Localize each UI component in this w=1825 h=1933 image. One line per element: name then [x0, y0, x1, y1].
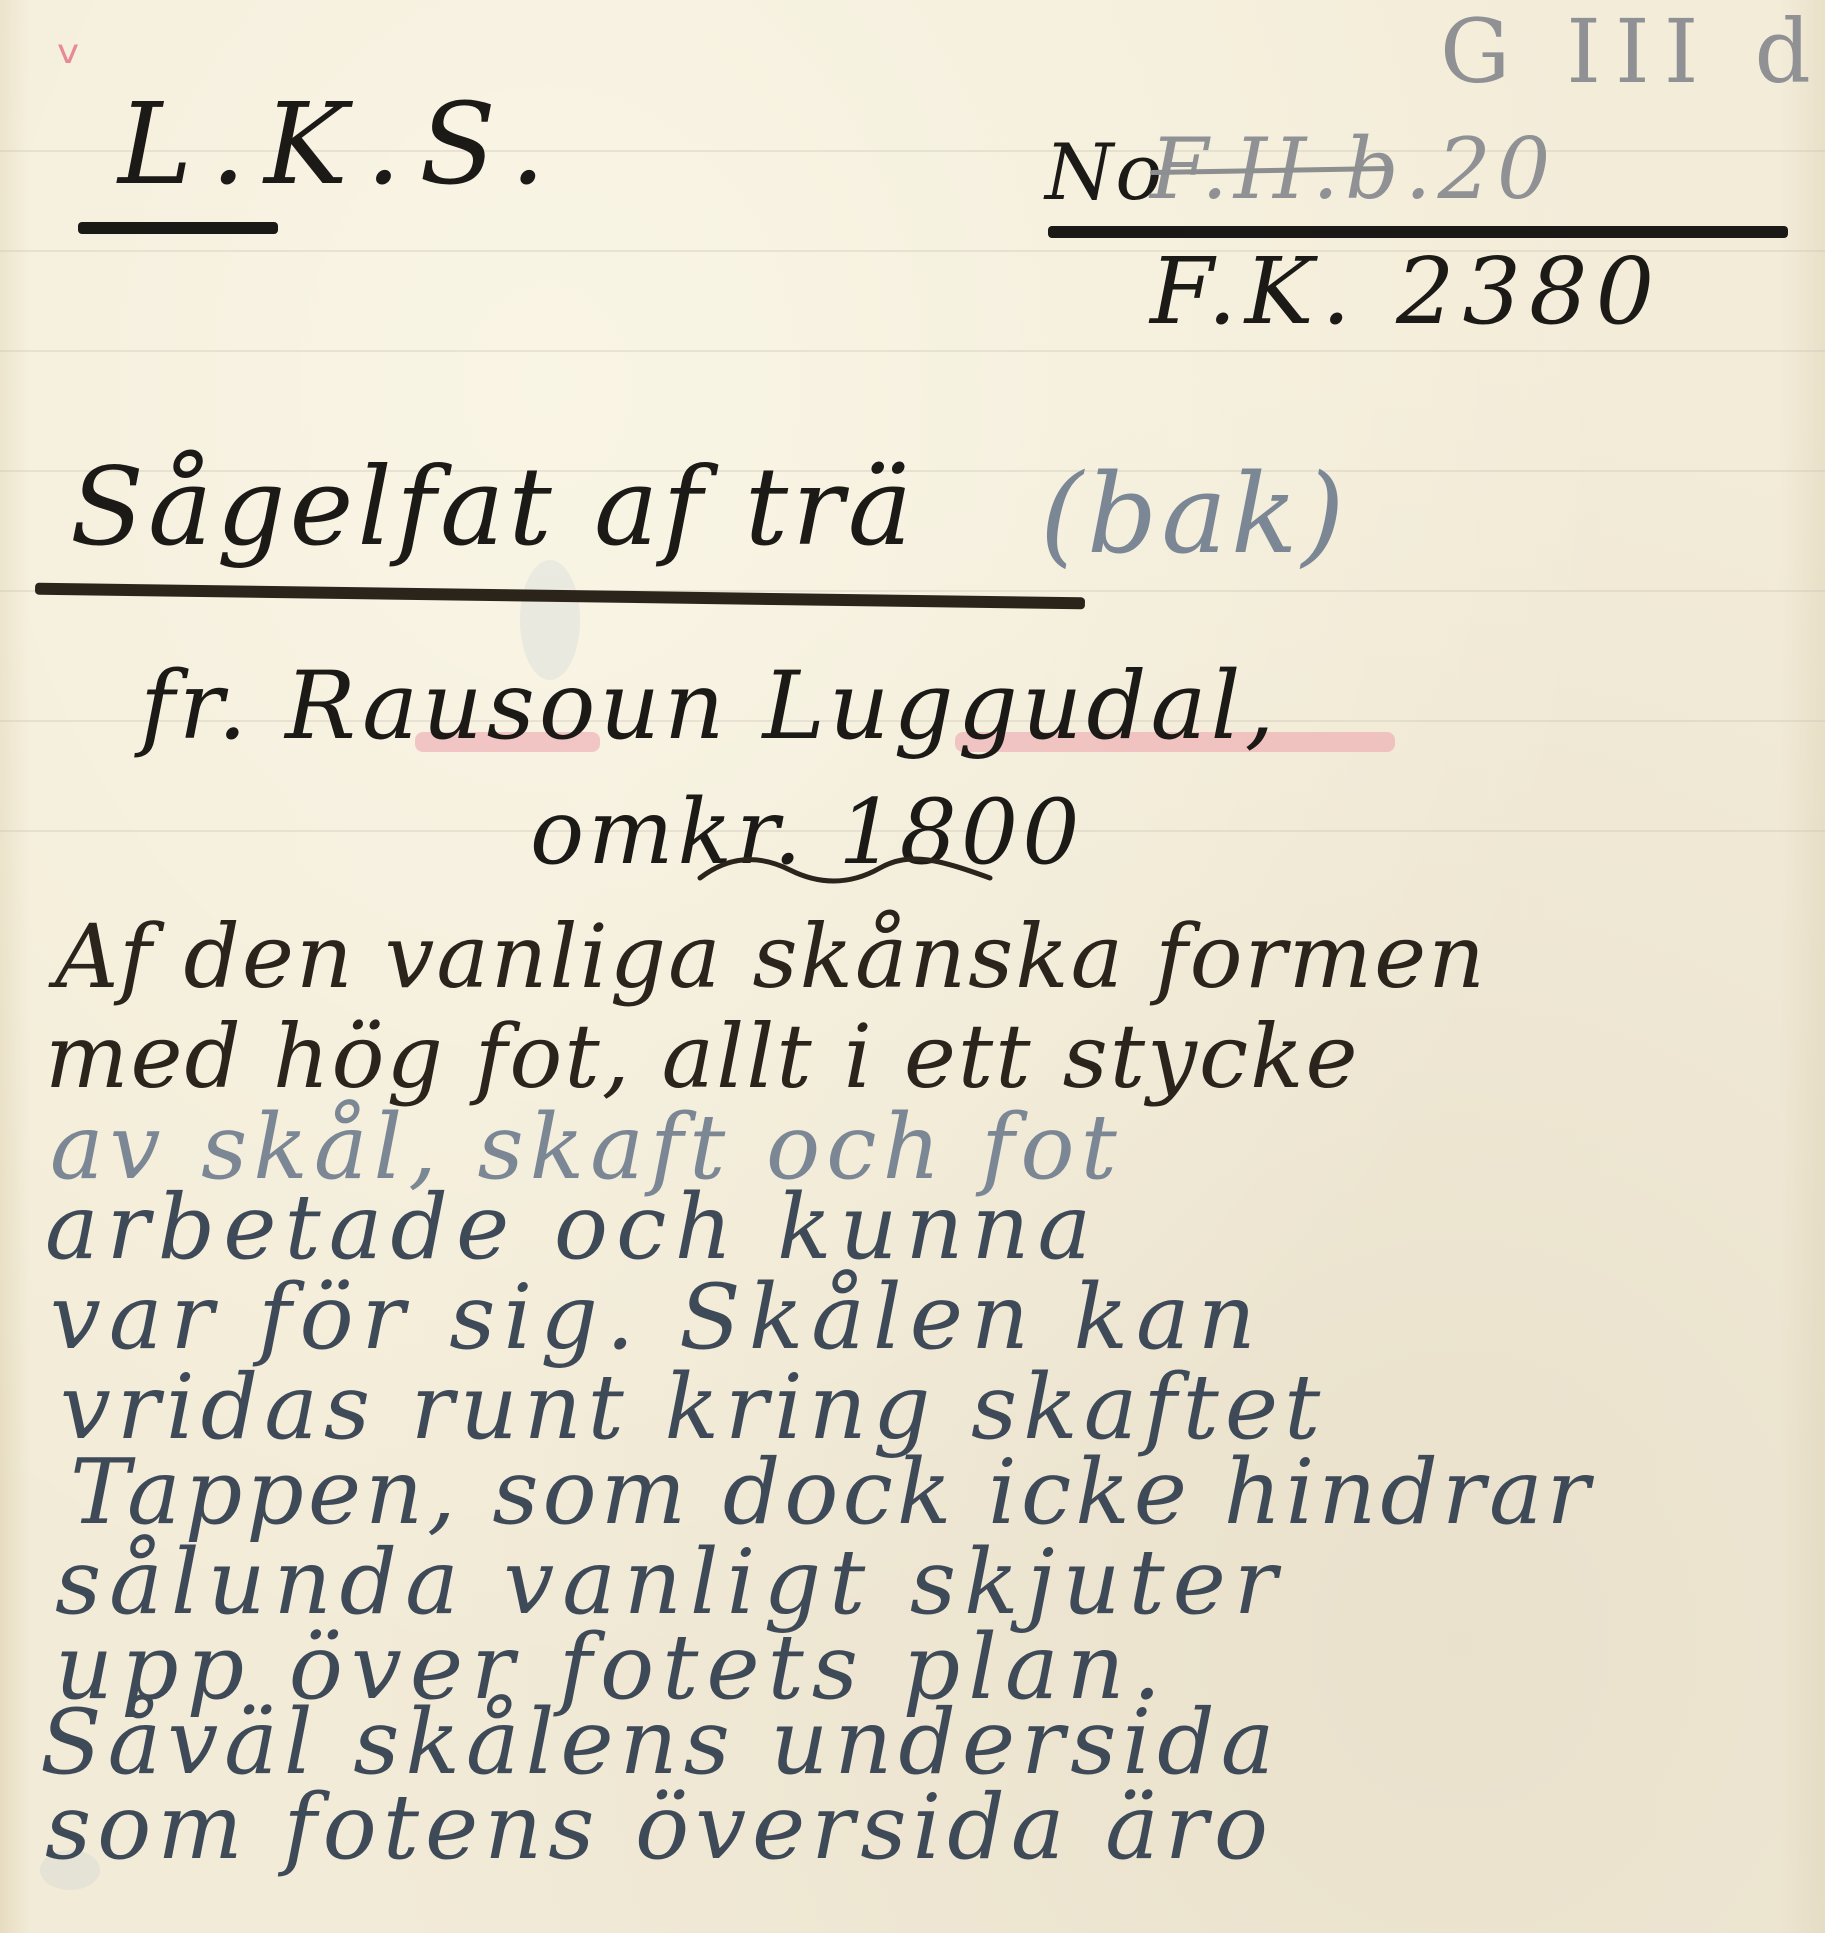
pencil-addition: (bak) — [1040, 450, 1348, 578]
catalogue-number: F.K. 2380 — [1150, 238, 1662, 345]
number-prefix: No — [1045, 128, 1164, 218]
body-line-1: Af den vanliga skånska formen — [55, 905, 1487, 1008]
pencil-classification: G III d. — [1440, 0, 1825, 103]
body-line-11: som fotens översida äro — [45, 1775, 1274, 1880]
initials-underline — [78, 222, 278, 234]
body-line-2: med hög fot, allt i ett stycke — [45, 1005, 1360, 1108]
number-rule — [1048, 226, 1788, 238]
collection-initials: L.K.S. — [118, 80, 564, 210]
object-title: Sågelfat af trä — [70, 445, 916, 570]
document-page: v L.K.S. G III d. No F.II.b.20 F.K. 2380… — [0, 0, 1825, 1933]
ruled-line — [0, 350, 1825, 352]
pink-check-mark: v — [57, 32, 79, 72]
donor-line: fr. Rausoun Luggudal, — [140, 652, 1278, 761]
date-squiggle — [690, 850, 1010, 890]
